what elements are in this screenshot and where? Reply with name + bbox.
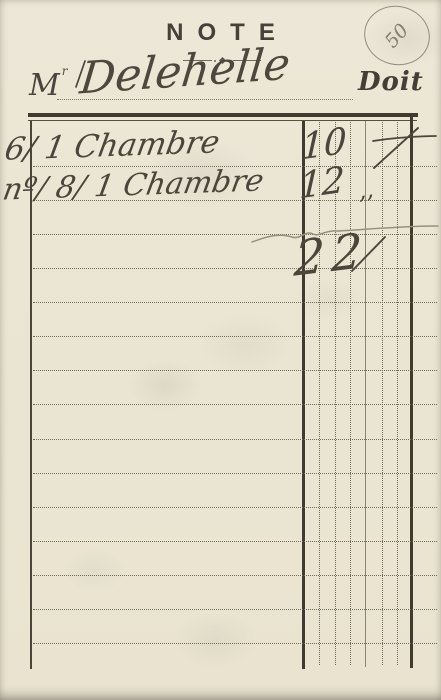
note-card: { "card": { "title": "NOTE", "stamp_numb… [0,0,441,700]
grid-line [33,473,437,474]
grid-line [28,113,418,117]
ledger-row-description: nº/ 8/ 1 Chambre [0,166,266,205]
grid-line [33,336,437,337]
grid-line [33,268,437,269]
grid-line [33,643,437,644]
grid-line [33,609,437,610]
grid-line [33,439,437,440]
grid-line [33,404,437,405]
grid-line [382,122,383,665]
ledger-grid [0,0,441,700]
ledger-row-description: 6/ 1 Chambre [2,127,222,166]
grid-line [33,541,437,542]
ledger-row-centimes-ditto: ,, [356,177,374,203]
grid-line [33,507,437,508]
grid-line [350,122,351,665]
grid-line [33,234,437,235]
grid-line [28,120,417,121]
ledger-row-amount: 12 [299,163,346,206]
grid-line [335,122,336,665]
grid-line [33,302,437,303]
grid-line [397,122,398,665]
grid-line [33,575,437,576]
ledger-total: 22 [293,226,370,284]
grid-line [33,370,437,371]
